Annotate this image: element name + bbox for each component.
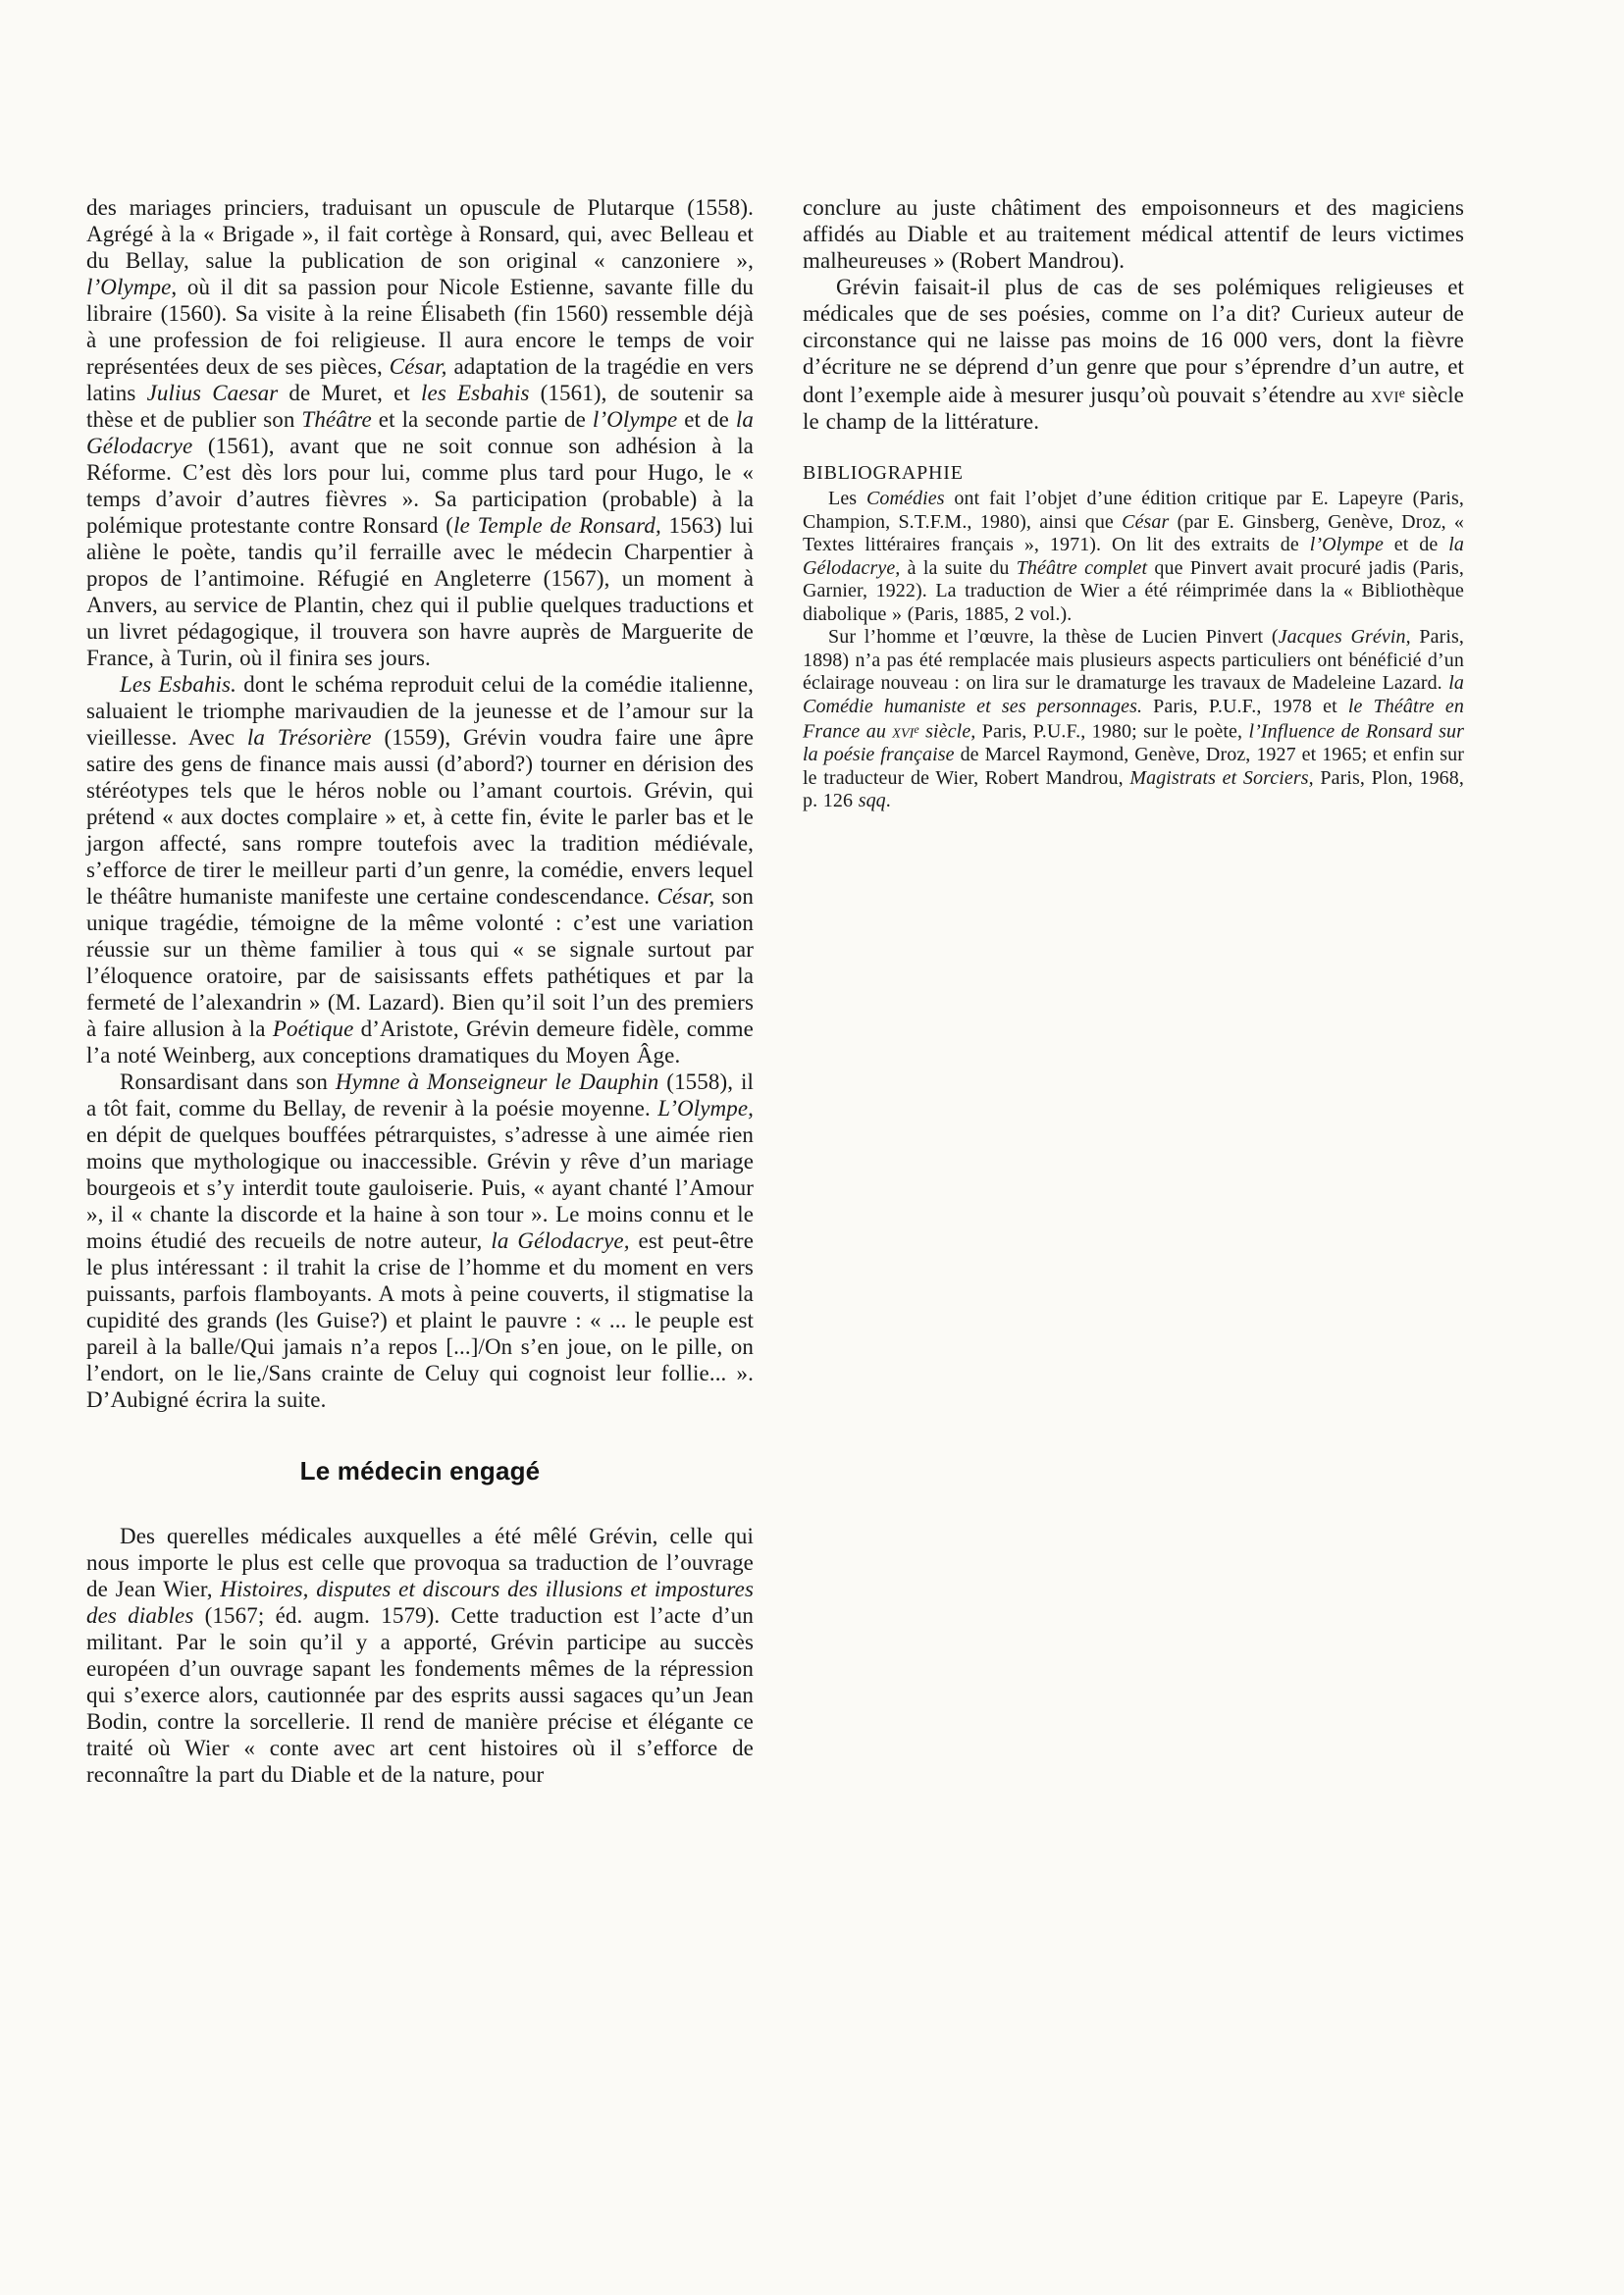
text-segment: à la suite du	[900, 557, 1016, 579]
scanned-document-page: des mariages princiers, traduisant un op…	[0, 0, 1624, 2295]
text-segment: Magistrats et Sorciers,	[1129, 767, 1313, 789]
text-segment: le Temple de Ronsard,	[453, 513, 661, 538]
text-segment: sqq	[859, 790, 886, 811]
paragraph: des mariages princiers, traduisant un op…	[86, 194, 754, 671]
paragraph: Sur l’homme et l’œuvre, la thèse de Luci…	[803, 626, 1464, 813]
text-segment: Jacques Grévin,	[1279, 626, 1411, 648]
text-segment: Julius Caesar	[147, 381, 279, 405]
paragraph: Les Esbahis. dont le schéma reproduit ce…	[86, 671, 754, 1069]
text-segment: Les Esbahis.	[120, 672, 236, 697]
text-segment: Grévin faisait-il plus de cas de ses pol…	[803, 275, 1464, 407]
text-segment: Hymne à Monseigneur le Dauphin	[336, 1069, 658, 1094]
text-segment: conclure au juste châtiment des empoison…	[803, 195, 1464, 273]
text-segment: (1567; éd. augm. 1579). Cette traduction…	[86, 1603, 754, 1787]
article-section-continued: conclure au juste châtiment des empoison…	[803, 194, 1464, 435]
text-segment: .	[886, 790, 891, 811]
right-column: conclure au juste châtiment des empoison…	[803, 194, 1464, 1788]
text-segment: xvi	[892, 721, 914, 743]
article-section-2: Des querelles médicales auxquelles a été…	[86, 1523, 754, 1788]
text-segment: l’Olympe	[86, 275, 171, 299]
text-segment: L’Olympe,	[657, 1096, 754, 1121]
text-segment: (1559), Grévin voudra faire une âpre sat…	[86, 725, 754, 909]
text-segment: Sur l’homme et l’œuvre, la thèse de Luci…	[828, 626, 1279, 648]
bibliography-section: Les Comédies ont fait l’objet d’une édit…	[803, 488, 1464, 813]
text-segment: et de	[1384, 534, 1448, 555]
article-section-1: des mariages princiers, traduisant un op…	[86, 194, 754, 1413]
text-segment: les Esbahis	[421, 381, 530, 405]
text-segment: Paris, P.U.F., 1978 et	[1142, 696, 1348, 717]
text-segment: César,	[390, 354, 447, 379]
paragraph: Les Comédies ont fait l’objet d’une édit…	[803, 488, 1464, 626]
text-segment: et de	[677, 407, 736, 432]
paragraph: conclure au juste châtiment des empoison…	[803, 194, 1464, 274]
text-segment: Ronsardisant dans son	[120, 1069, 336, 1094]
text-segment: et la seconde partie de	[372, 407, 593, 432]
text-segment: l’Olympe	[1310, 534, 1384, 555]
left-column: des mariages princiers, traduisant un op…	[86, 194, 754, 1788]
text-segment: Théâtre complet	[1017, 557, 1147, 579]
text-segment: de Muret, et	[278, 381, 421, 405]
text-block: des mariages princiers, traduisant un op…	[86, 194, 1464, 1788]
text-segment: Les	[828, 488, 866, 509]
paragraph: Des querelles médicales auxquelles a été…	[86, 1523, 754, 1788]
text-segment: Poétique	[273, 1017, 354, 1041]
text-segment: César,	[657, 884, 715, 909]
bibliography-heading: BIBLIOGRAPHIE	[803, 461, 1464, 485]
text-segment: Paris, P.U.F., 1980; sur le poète,	[975, 721, 1248, 743]
text-segment: xvi	[1371, 383, 1399, 407]
text-segment: l’Olympe	[593, 407, 677, 432]
text-segment: est peut-être le plus intéressant : il t…	[86, 1228, 754, 1412]
text-segment: Comédies	[866, 488, 945, 509]
text-segment: des mariages princiers, traduisant un op…	[86, 195, 754, 273]
text-segment: la Gélodacrye,	[491, 1228, 629, 1253]
text-segment: Théâtre	[301, 407, 371, 432]
text-segment: César	[1122, 511, 1169, 533]
paragraph: Ronsardisant dans son Hymne à Monseigneu…	[86, 1069, 754, 1413]
text-segment: siècle,	[919, 721, 976, 743]
paragraph: Grévin faisait-il plus de cas de ses pol…	[803, 274, 1464, 435]
section-heading: Le médecin engagé	[86, 1456, 754, 1486]
text-segment: la Trésorière	[247, 725, 372, 750]
